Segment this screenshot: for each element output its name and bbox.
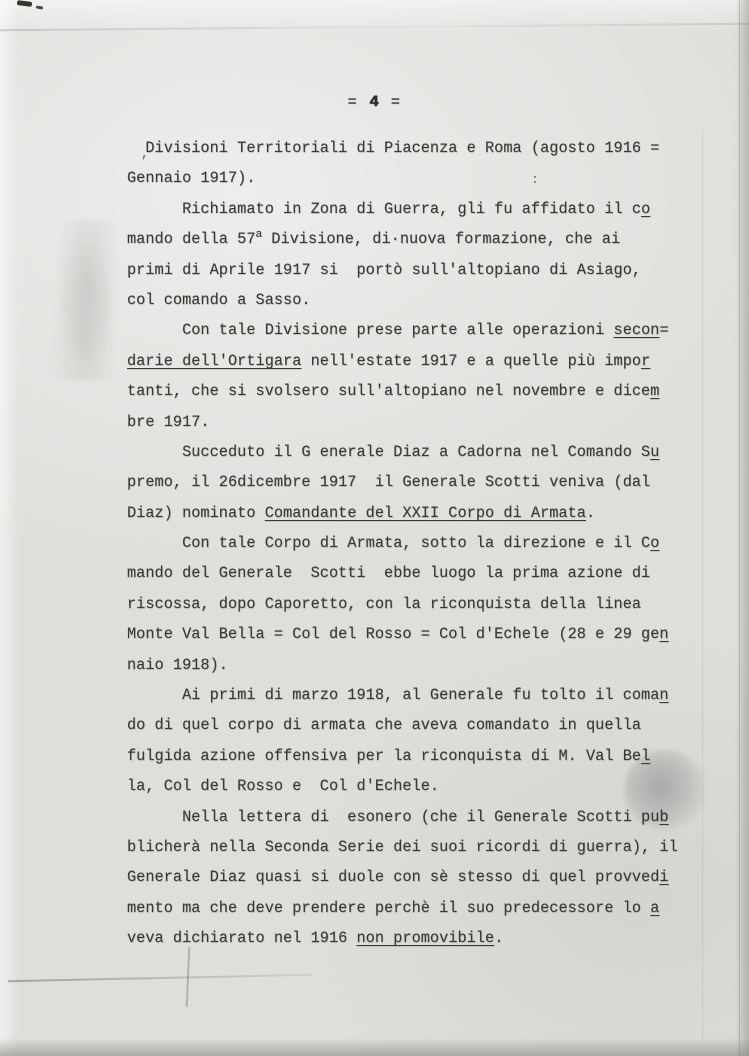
underlined-text: o bbox=[641, 200, 650, 218]
text-segment: Generale Diaz quasi si duole con sè stes… bbox=[127, 868, 659, 886]
underlined-text: i bbox=[659, 868, 668, 886]
text-segment: . bbox=[494, 929, 503, 947]
text-segment: Nella lettera di esonero (che il General… bbox=[127, 808, 659, 826]
text-segment: mento ma che deve prendere perchè il suo… bbox=[127, 899, 650, 917]
text-segment: = bbox=[659, 321, 668, 339]
text-line: fulgida azione offensiva per la riconqui… bbox=[127, 741, 727, 771]
text-line: do di quel corpo di armata che aveva com… bbox=[127, 710, 727, 740]
text-segment: premo, il 26dicembre 1917 il Generale Sc… bbox=[127, 473, 650, 491]
text-line: darie dell'Ortigara nell'estate 1917 e a… bbox=[127, 346, 727, 376]
text-segment: Ai primi di marzo 1918, al Generale fu t… bbox=[127, 686, 659, 704]
text-segment: 4 bbox=[369, 93, 380, 111]
text-line: Con tale Divisione prese parte alle oper… bbox=[127, 315, 727, 345]
text-line: mando della 57a Divisione, di·nuova form… bbox=[127, 224, 727, 254]
text-line: Monte Val Bella = Col del Rosso = Col d'… bbox=[127, 619, 727, 649]
bottom-crack-line bbox=[186, 947, 191, 1007]
right-edge-line bbox=[739, 0, 740, 1056]
page-text: Divisioni Territoriali di Piacenza e Rom… bbox=[127, 133, 727, 954]
text-segment: bre 1917. bbox=[127, 413, 210, 431]
text-segment: mando della 57 bbox=[127, 230, 256, 248]
text-segment: = bbox=[380, 93, 402, 111]
underlined-text: n bbox=[659, 625, 668, 643]
scanned-document-page: { "colors": { "paper": "#e9e8e5", "ink":… bbox=[0, 0, 749, 1056]
underlined-text: non promovibile bbox=[357, 929, 495, 947]
text-segment: mando del Generale Scotti ebbe luogo la … bbox=[127, 564, 650, 582]
underlined-text: u bbox=[650, 443, 659, 461]
text-line: mando del Generale Scotti ebbe luogo la … bbox=[127, 558, 727, 588]
text-segment: naio 1918). bbox=[127, 656, 228, 674]
text-segment: Diaz) nominato bbox=[127, 504, 265, 522]
corner-ink-mark bbox=[17, 0, 32, 7]
text-segment: Divisione, di·nuova formazione, che ai bbox=[262, 230, 620, 248]
text-segment: Succeduto il G enerale Diaz a Cadorna ne… bbox=[127, 443, 650, 461]
text-line: naio 1918). bbox=[127, 650, 727, 680]
text-line: primi di Aprile 1917 si portò sull'altop… bbox=[127, 255, 727, 285]
text-segment: = bbox=[347, 93, 369, 111]
text-line: Divisioni Territoriali di Piacenza e Rom… bbox=[127, 133, 727, 163]
right-edge-shade bbox=[735, 0, 749, 1056]
underlined-text: m bbox=[650, 382, 659, 400]
text-segment: Gennaio 1917). bbox=[127, 169, 256, 187]
bottom-crease-line bbox=[8, 974, 313, 982]
text-segment: . bbox=[586, 504, 595, 522]
text-line: tanti, che si svolsero sull'altopiano ne… bbox=[127, 376, 727, 406]
underlined-text: a bbox=[650, 899, 659, 917]
bottom-scan-band bbox=[0, 1038, 749, 1056]
underlined-text: n bbox=[659, 686, 668, 704]
underlined-text: secon bbox=[614, 321, 660, 339]
page-number: = 4 = bbox=[0, 93, 749, 111]
text-line: riscossa, dopo Caporetto, con la riconqu… bbox=[127, 589, 727, 619]
text-line: Richiamato in Zona di Guerra, gli fu aff… bbox=[127, 194, 727, 224]
text-line: mento ma che deve prendere perchè il suo… bbox=[127, 893, 727, 923]
underlined-text: o bbox=[650, 534, 659, 552]
text-segment: Con tale Corpo di Armata, sotto la direz… bbox=[127, 534, 650, 552]
text-line: premo, il 26dicembre 1917 il Generale Sc… bbox=[127, 467, 727, 497]
text-segment: veva dichiarato nel 1916 bbox=[127, 929, 357, 947]
text-line: Diaz) nominato Comandante del XXII Corpo… bbox=[127, 498, 727, 528]
text-line: veva dichiarato nel 1916 non promovibile… bbox=[127, 923, 727, 953]
text-line: Succeduto il G enerale Diaz a Cadorna ne… bbox=[127, 437, 727, 467]
text-segment: Divisioni Territoriali di Piacenza e Rom… bbox=[127, 139, 659, 157]
text-segment: do di quel corpo di armata che aveva com… bbox=[127, 716, 641, 734]
text-segment: Con tale Divisione prese parte alle oper… bbox=[127, 321, 614, 339]
underlined-text: Comandante del XXII Corpo di Armata bbox=[265, 504, 586, 522]
text-line: bre 1917. bbox=[127, 407, 727, 437]
text-line: la, Col del Rosso e Col d'Echele. bbox=[127, 771, 727, 801]
underlined-text: b bbox=[659, 808, 668, 826]
top-crease-line bbox=[0, 23, 749, 32]
text-segment: Monte Val Bella = Col del Rosso = Col d'… bbox=[127, 625, 659, 643]
text-line: Ai primi di marzo 1918, al Generale fu t… bbox=[127, 680, 727, 710]
text-line: col comando a Sasso. bbox=[127, 285, 727, 315]
text-segment: Richiamato in Zona di Guerra, gli fu aff… bbox=[127, 200, 641, 218]
text-segment: primi di Aprile 1917 si portò sull'altop… bbox=[127, 261, 641, 279]
text-segment: fulgida azione offensiva per la riconqui… bbox=[127, 747, 641, 765]
left-margin-smudge bbox=[52, 220, 124, 380]
text-line: blicherà nella Seconda Serie dei suoi ri… bbox=[127, 832, 727, 862]
text-segment: blicherà nella Seconda Serie dei suoi ri… bbox=[127, 838, 678, 856]
text-line: Nella lettera di esonero (che il General… bbox=[127, 802, 727, 832]
text-segment: la, Col del Rosso e Col d'Echele. bbox=[127, 777, 439, 795]
underlined-text: r bbox=[641, 352, 650, 370]
text-line: Generale Diaz quasi si duole con sè stes… bbox=[127, 862, 727, 892]
underlined-text: darie dell'Ortigara bbox=[127, 352, 301, 370]
text-segment: nell'estate 1917 e a quelle più impo bbox=[301, 352, 641, 370]
text-line: Gennaio 1917). bbox=[127, 163, 727, 193]
text-segment: col comando a Sasso. bbox=[127, 291, 311, 309]
corner-ink-mark bbox=[36, 5, 43, 9]
text-line: Con tale Corpo di Armata, sotto la direz… bbox=[127, 528, 727, 558]
underlined-text: l bbox=[641, 747, 650, 765]
text-segment: tanti, che si svolsero sull'altopiano ne… bbox=[127, 382, 650, 400]
text-segment: riscossa, dopo Caporetto, con la riconqu… bbox=[127, 595, 641, 613]
